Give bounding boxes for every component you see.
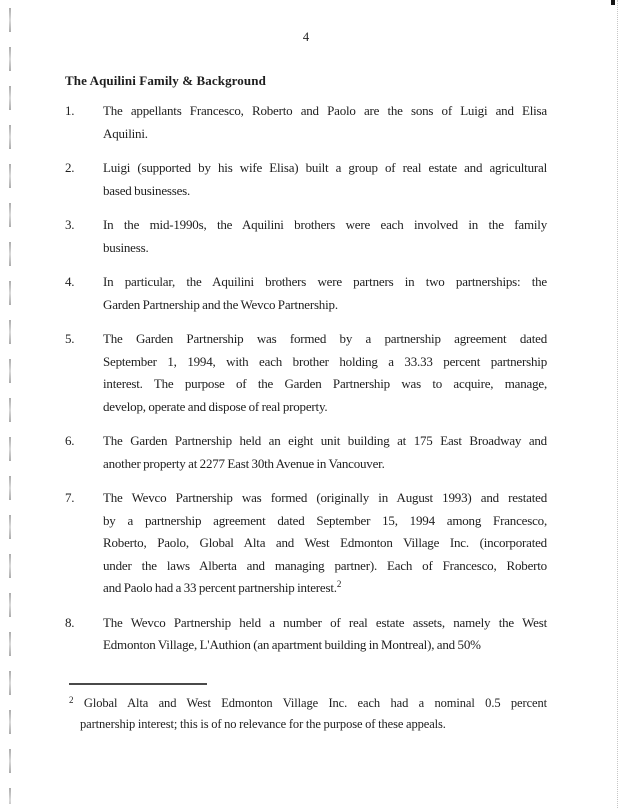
paragraph-number: 2. <box>65 157 103 202</box>
footnote-line: 2 Global Alta and West Edmonton Village … <box>69 693 547 714</box>
paragraph-line-text: and Paolo had a 33 percent partnership i… <box>103 580 337 595</box>
paragraph-line: The Wevco Partnership held a number of r… <box>103 612 547 635</box>
footnote-marker: 2 <box>69 695 74 705</box>
paragraph-item-6: 6. The Garden Partnership held an eight … <box>65 430 547 475</box>
paragraph-line: Roberto, Paolo, Global Alta and West Edm… <box>103 532 547 555</box>
paragraph-list: 1. The appellants Francesco, Roberto and… <box>65 100 547 657</box>
paragraph-item-2: 2. Luigi (supported by his wife Elisa) b… <box>65 157 547 202</box>
paragraph-text: The Wevco Partnership held a number of r… <box>103 612 547 657</box>
paragraph-number: 1. <box>65 100 103 145</box>
paragraph-line: by a partnership agreement dated Septemb… <box>103 510 547 533</box>
paragraph-number: 5. <box>65 328 103 418</box>
scan-corner-mark <box>611 0 615 5</box>
page-number: 4 <box>65 30 547 45</box>
paragraph-line: The Garden Partnership held an eight uni… <box>103 430 547 453</box>
paragraph-item-4: 4. In particular, the Aquilini brothers … <box>65 271 547 316</box>
paragraph-number: 4. <box>65 271 103 316</box>
paragraph-line: based businesses. <box>103 180 547 203</box>
paragraph-text: Luigi (supported by his wife Elisa) buil… <box>103 157 547 202</box>
paragraph-line: In the mid-1990s, the Aquilini brothers … <box>103 214 547 237</box>
paragraph-line: September 1, 1994, with each brother hol… <box>103 351 547 374</box>
footnote-line: partnership interest; this is of no rele… <box>69 714 547 735</box>
paragraph-number: 3. <box>65 214 103 259</box>
scan-binding-marks <box>9 8 11 804</box>
paragraph-line: The appellants Francesco, Roberto and Pa… <box>103 100 547 123</box>
paragraph-line: interest. The purpose of the Garden Part… <box>103 373 547 396</box>
paragraph-item-1: 1. The appellants Francesco, Roberto and… <box>65 100 547 145</box>
paragraph-number: 6. <box>65 430 103 475</box>
paragraph-number: 7. <box>65 487 103 600</box>
paragraph-number: 8. <box>65 612 103 657</box>
paragraph-item-3: 3. In the mid-1990s, the Aquilini brothe… <box>65 214 547 259</box>
document-heading: The Aquilini Family & Background <box>65 72 547 90</box>
paragraph-line: and Paolo had a 33 percent partnership i… <box>103 577 547 600</box>
paragraph-line: develop, operate and dispose of real pro… <box>103 396 547 419</box>
footnote-line-text: Global Alta and West Edmonton Village In… <box>84 696 547 710</box>
document-page: 4 The Aquilini Family & Background 1. Th… <box>0 0 623 808</box>
footnote: 2 Global Alta and West Edmonton Village … <box>69 693 547 735</box>
paragraph-text: In the mid-1990s, the Aquilini brothers … <box>103 214 547 259</box>
paragraph-item-5: 5. The Garden Partnership was formed by … <box>65 328 547 418</box>
paragraph-line: business. <box>103 237 547 260</box>
paragraph-text: The appellants Francesco, Roberto and Pa… <box>103 100 547 145</box>
paragraph-line: Luigi (supported by his wife Elisa) buil… <box>103 157 547 180</box>
paragraph-item-7: 7. The Wevco Partnership was formed (ori… <box>65 487 547 600</box>
paragraph-text: The Wevco Partnership was formed (origin… <box>103 487 547 600</box>
paragraph-item-8: 8. The Wevco Partnership held a number o… <box>65 612 547 657</box>
paragraph-line: The Wevco Partnership was formed (origin… <box>103 487 547 510</box>
paragraph-line: Garden Partnership and the Wevco Partner… <box>103 294 547 317</box>
paragraph-line: Aquilini. <box>103 123 547 146</box>
scan-page-edge-line <box>617 0 618 808</box>
footnote-separator <box>69 683 207 685</box>
page-content: 4 The Aquilini Family & Background 1. Th… <box>65 0 547 735</box>
paragraph-line: under the laws Alberta and managing part… <box>103 555 547 578</box>
paragraph-text: The Garden Partnership held an eight uni… <box>103 430 547 475</box>
footnote-reference: 2 <box>337 579 342 589</box>
paragraph-text: The Garden Partnership was formed by a p… <box>103 328 547 418</box>
paragraph-line: The Garden Partnership was formed by a p… <box>103 328 547 351</box>
paragraph-text: In particular, the Aquilini brothers wer… <box>103 271 547 316</box>
paragraph-line: another property at 2277 East 30th Avenu… <box>103 453 547 476</box>
paragraph-line: Edmonton Village, L'Authion (an apartmen… <box>103 634 547 657</box>
paragraph-line: In particular, the Aquilini brothers wer… <box>103 271 547 294</box>
